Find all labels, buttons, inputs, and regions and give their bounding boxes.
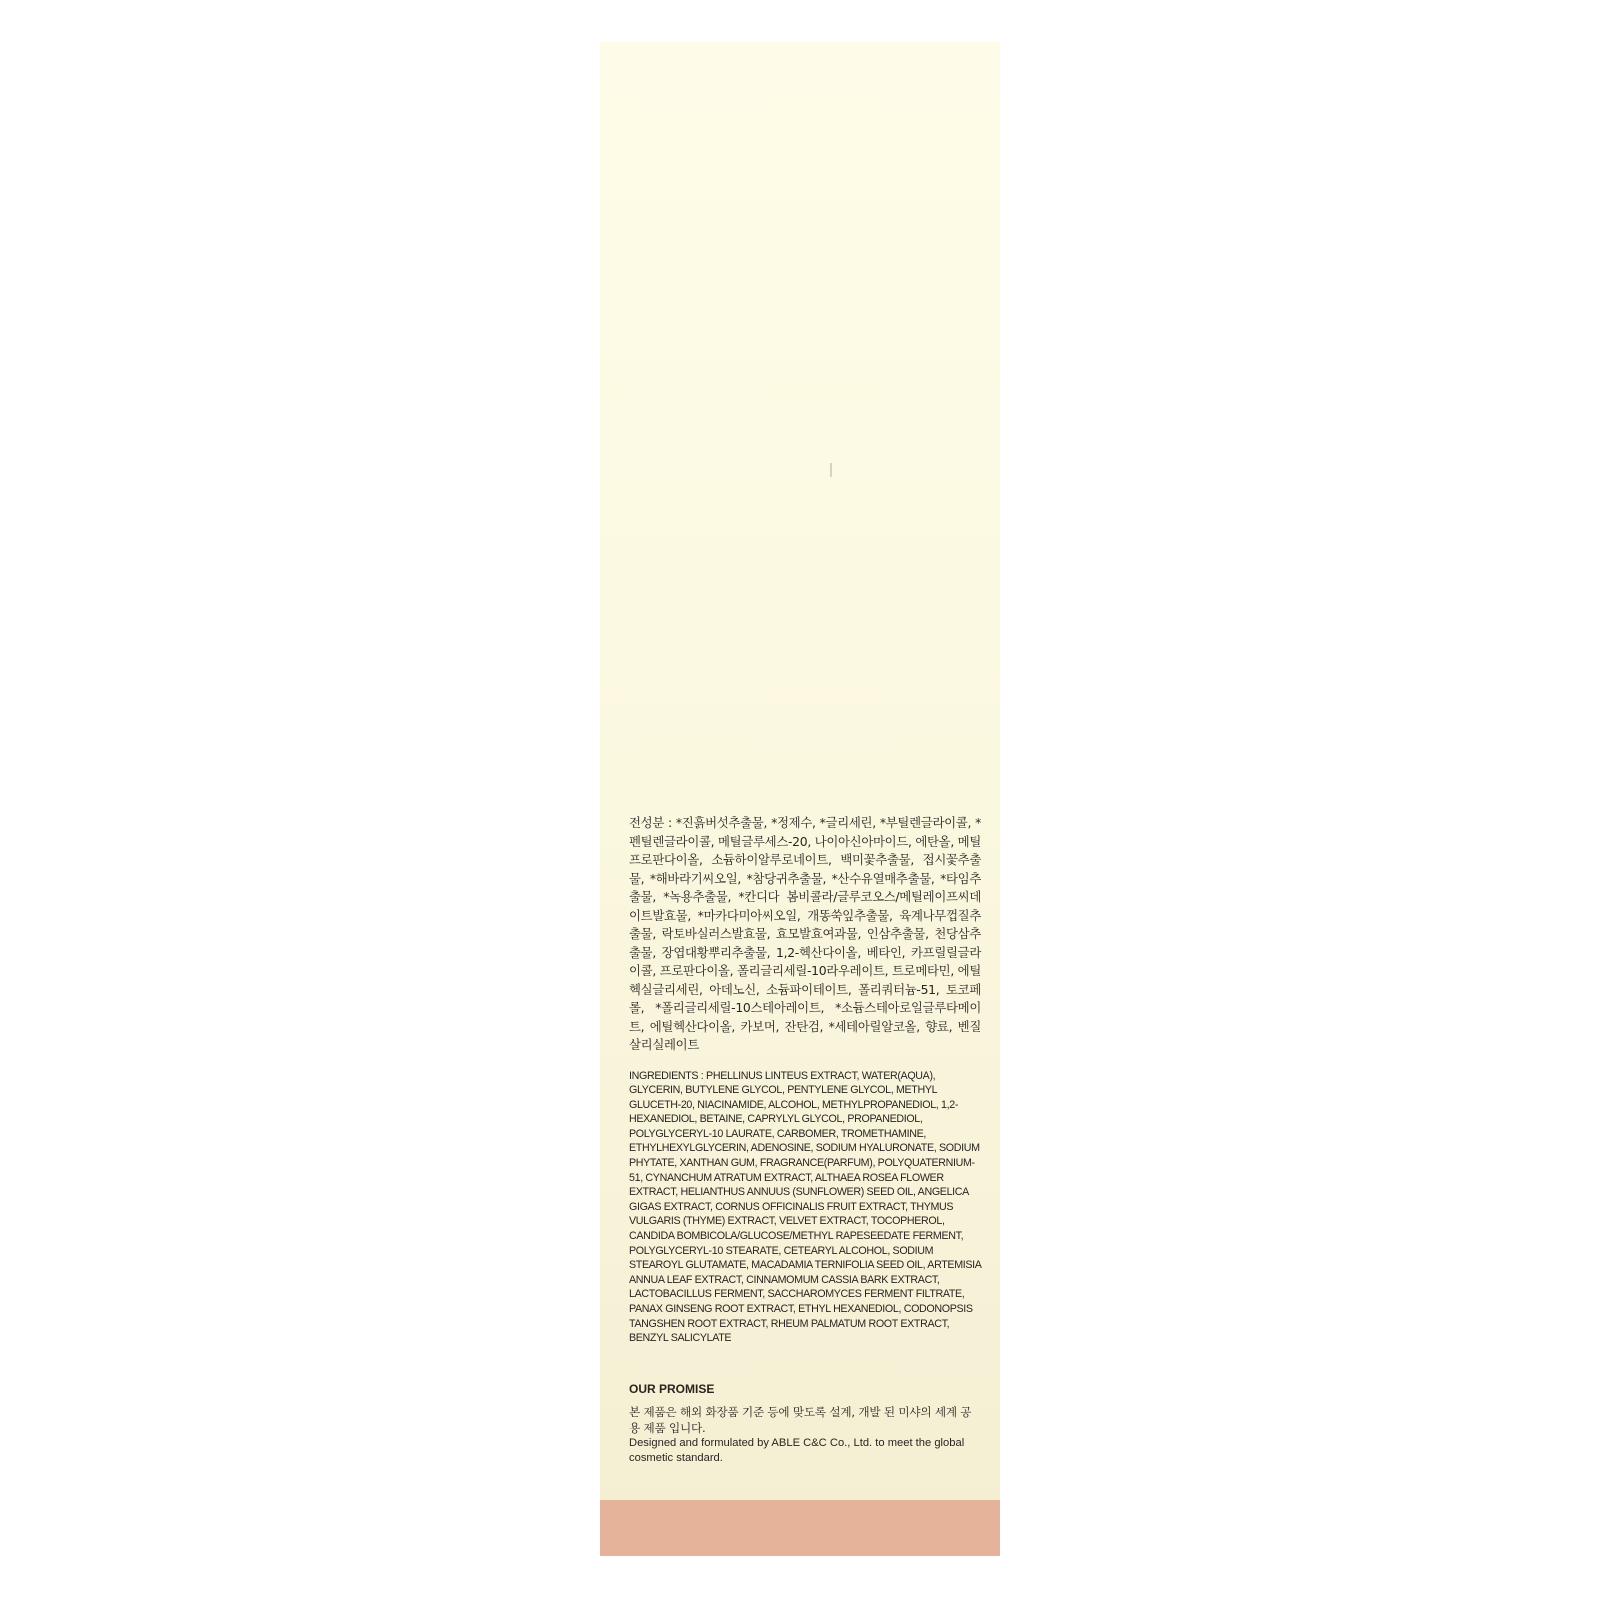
promise-english: Designed and formulated by ABLE C&C Co.,… <box>629 1436 981 1466</box>
label-text-block: 전성분 : *진흙버섯추출물, *정제수, *글리세린, *부틸렌글라이콜, *… <box>629 814 981 1466</box>
promise-heading: OUR PROMISE <box>629 1382 981 1396</box>
ingredients-korean: 전성분 : *진흙버섯추출물, *정제수, *글리세린, *부틸렌글라이콜, *… <box>629 814 981 1055</box>
ingredients-english: INGREDIENTS : PHELLINUS LINTEUS EXTRACT,… <box>629 1069 981 1346</box>
crease-mark <box>830 463 832 477</box>
bottom-color-band <box>600 1500 1000 1556</box>
promise-korean: 본 제품은 해외 화장품 기준 등에 맞도록 설계, 개발 된 미샤의 세계 공… <box>629 1404 981 1436</box>
